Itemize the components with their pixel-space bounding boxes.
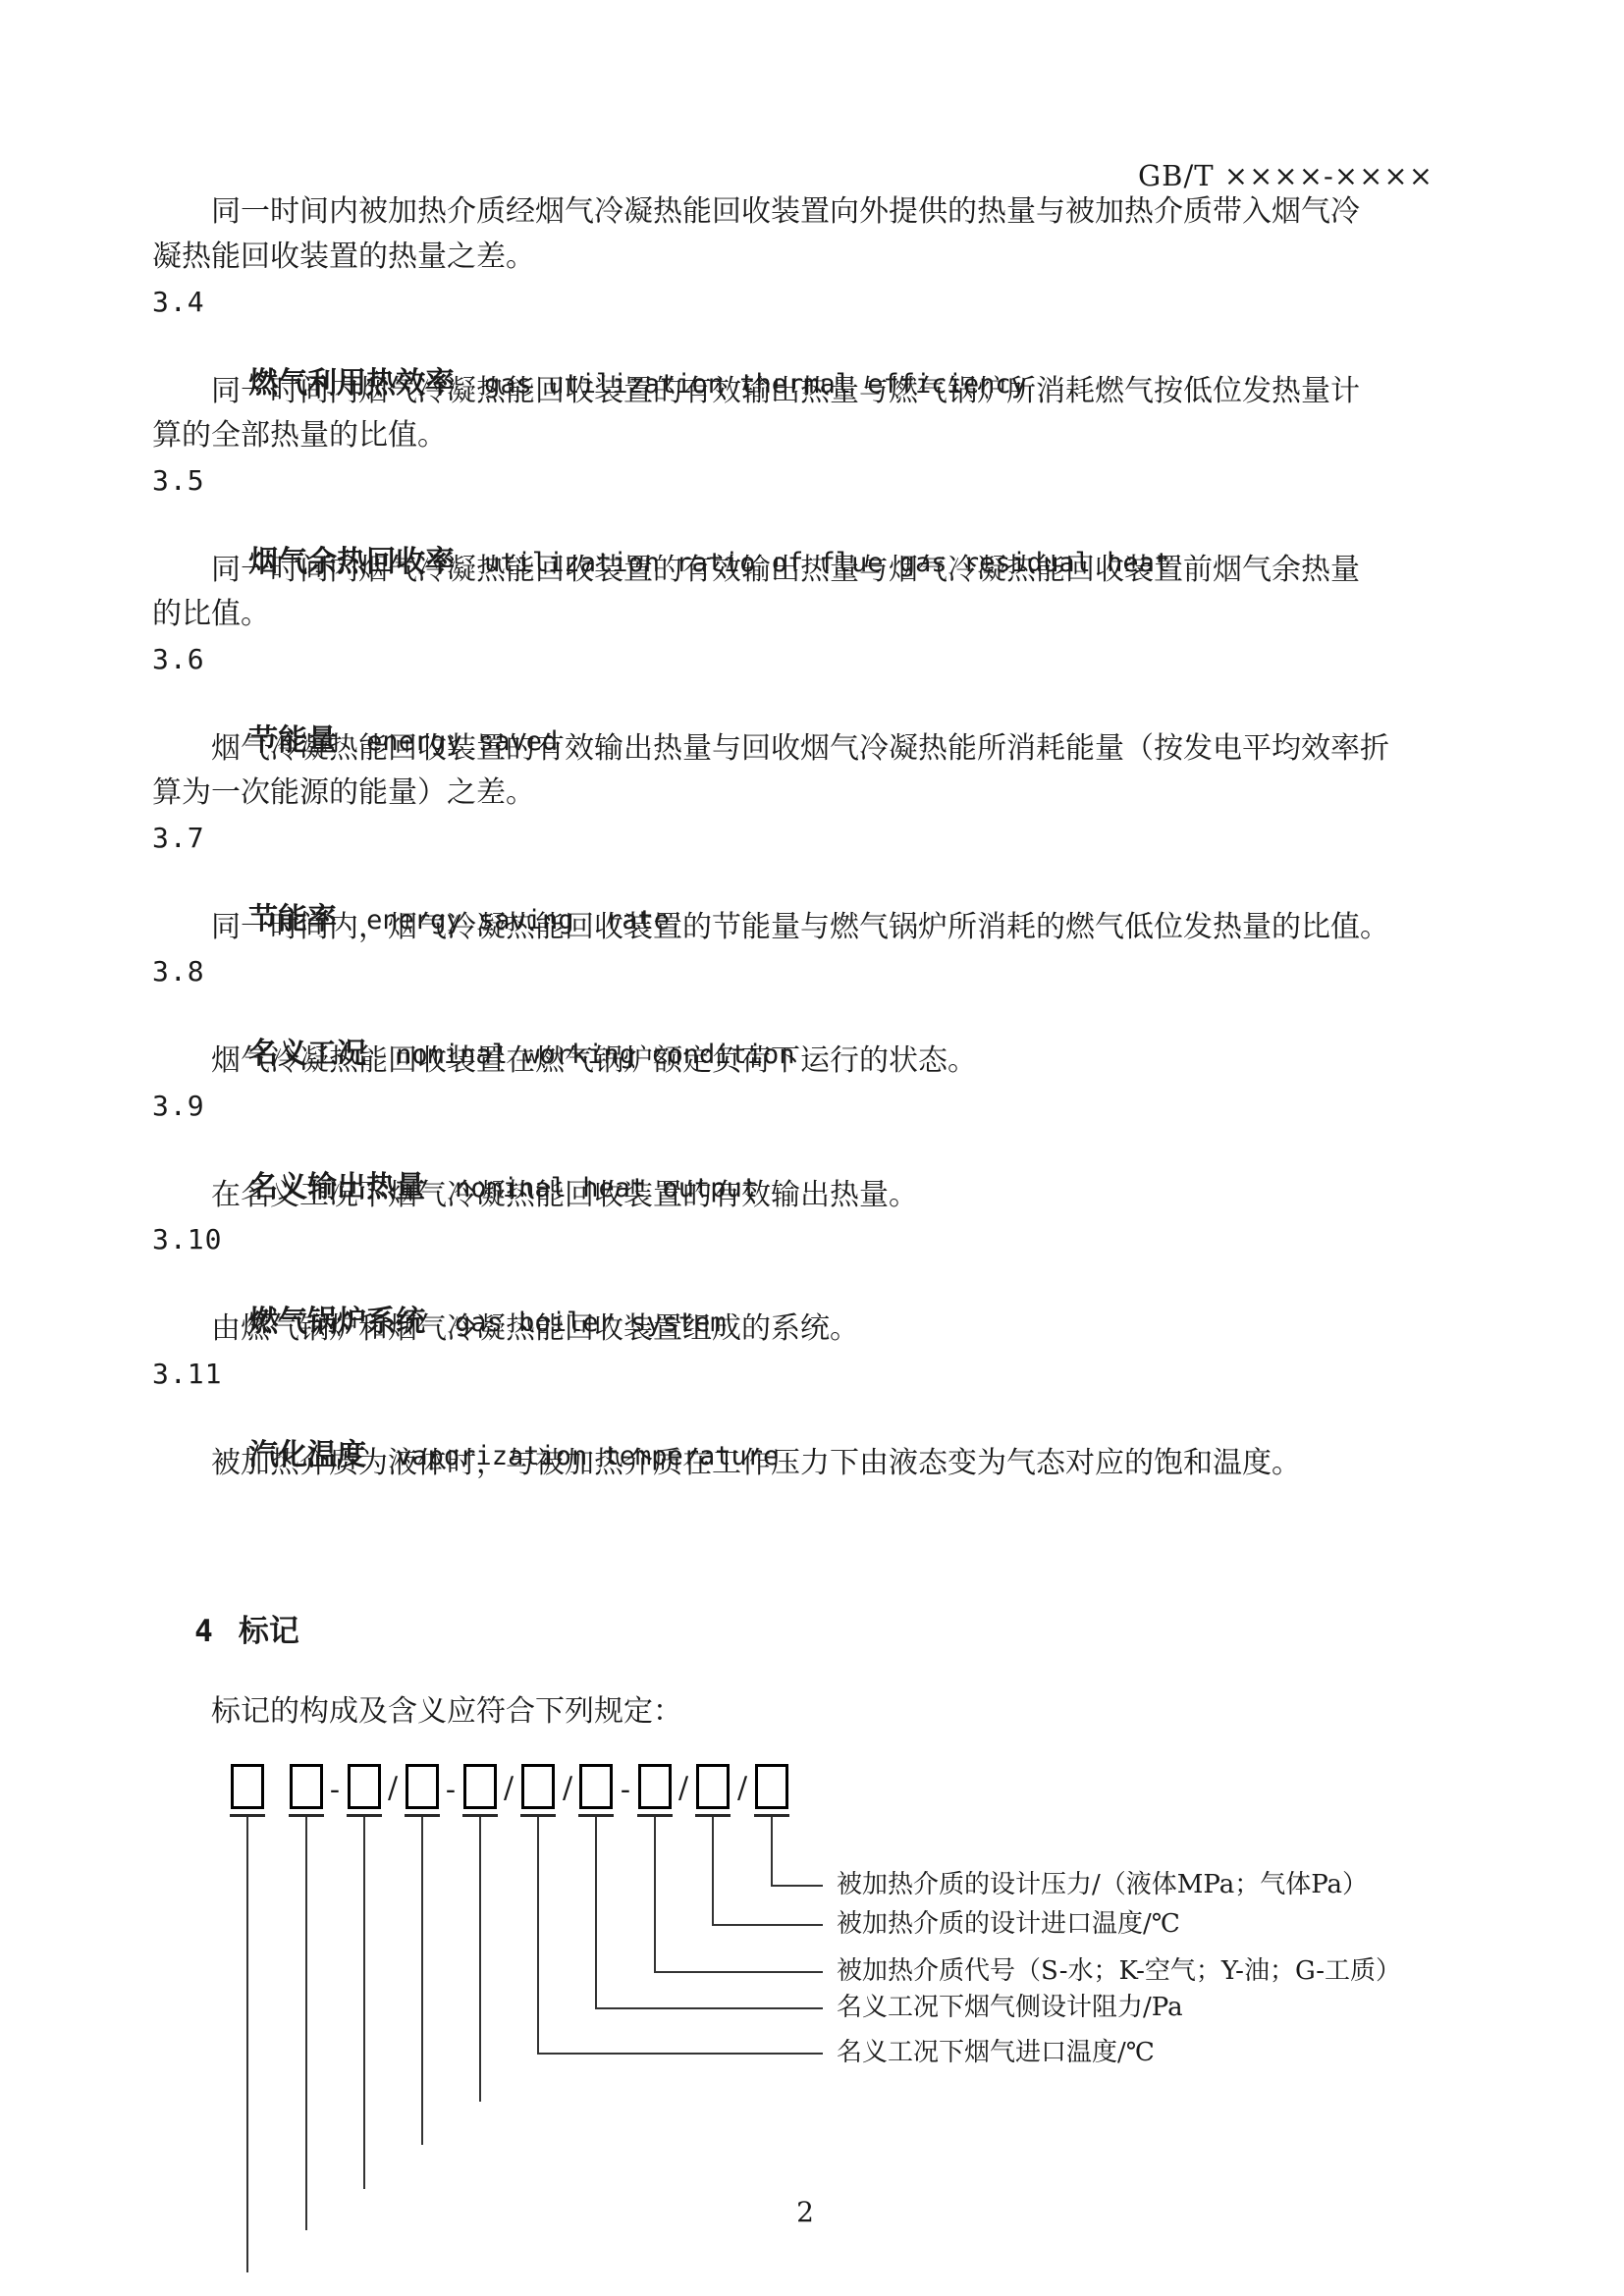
diagram-label-flue-inlet-temperature: 名义工况下烟气进口温度/℃ <box>837 2037 1155 2068</box>
separator: / <box>732 1771 752 1805</box>
section-4-heading: 4标记 <box>152 1575 299 1687</box>
paragraph-line: 同一时间内被加热介质经烟气冷凝热能回收装置向外提供的热量与被加热介质带入烟气冷 <box>211 193 1360 231</box>
leader-line-9 <box>712 1817 714 1926</box>
page-header: GB/T ××××-×××× <box>0 157 1434 194</box>
page-number: 2 <box>0 2196 1610 2228</box>
separator: - <box>441 1773 460 1807</box>
designation-box-2 <box>290 1764 323 1809</box>
definition-line: 的比值。 <box>152 596 270 633</box>
document-page: GB/T ××××-×××× 同一时间内被加热介质经烟气冷凝热能回收装置向外提供… <box>0 0 1624 2296</box>
separator: / <box>499 1771 518 1805</box>
section-4-title: 标记 <box>239 1614 299 1649</box>
section-number: 3.9 <box>152 1088 205 1125</box>
definition-line: 在名义工况下烟气冷凝热能回收装置的有效输出热量。 <box>211 1177 918 1214</box>
leader-line-2 <box>305 1817 307 2230</box>
diagram-label-design-pressure: 被加热介质的设计压力/（液体MPa；气体Pa） <box>837 1869 1368 1900</box>
section-number: 3.5 <box>152 462 205 500</box>
definition-line: 算为一次能源的能量）之差。 <box>152 774 535 812</box>
separator: / <box>674 1771 693 1805</box>
section-number: 3.10 <box>152 1221 222 1258</box>
definition-line: 烟气冷凝热能回收装置的有效输出热量与回收烟气冷凝热能所消耗能量（按发电平均效率折 <box>211 730 1389 768</box>
section-number: 3.8 <box>152 953 205 990</box>
leader-line-10 <box>771 1817 773 1887</box>
leader-elbow-6 <box>537 2053 823 2055</box>
separator: - <box>325 1773 345 1807</box>
designation-box-9 <box>696 1764 730 1809</box>
paragraph-line: 凝热能回收装置的热量之差。 <box>152 239 535 276</box>
definition-line: 同一时间内烟气冷凝热能回收装置的有效输出热量与烟气冷凝热能回收装置前烟气余热量 <box>211 552 1360 589</box>
leader-line-3 <box>363 1817 365 2189</box>
separator: - <box>616 1773 635 1807</box>
designation-box-1 <box>231 1764 264 1809</box>
leader-line-4 <box>421 1817 423 2145</box>
designation-box-4 <box>406 1764 439 1809</box>
designation-box-6 <box>521 1764 555 1809</box>
section-4-number: 4 <box>194 1614 213 1649</box>
leader-elbow-9 <box>712 1924 823 1926</box>
leader-elbow-7 <box>595 2007 823 2009</box>
definition-line: 被加热介质为液体时，与被加热介质在工作压力下由液态变为气态对应的饱和温度。 <box>211 1445 1301 1482</box>
leader-line-8 <box>654 1817 656 1973</box>
section-number: 3.7 <box>152 820 205 857</box>
section-number: 3.4 <box>152 284 205 321</box>
leader-elbow-10 <box>771 1885 823 1887</box>
leader-elbow-8 <box>654 1971 823 1973</box>
designation-box-10 <box>755 1764 788 1809</box>
definition-line: 算的全部热量的比值。 <box>152 417 447 454</box>
section-number: 3.11 <box>152 1356 222 1393</box>
leader-line-7 <box>595 1817 597 2009</box>
separator: / <box>383 1771 403 1805</box>
separator: / <box>558 1771 577 1805</box>
designation-box-5 <box>463 1764 497 1809</box>
definition-line: 同一时间内烟气冷凝热能回收装置的有效输出热量与燃气锅炉所消耗燃气按低位发热量计 <box>211 373 1360 410</box>
diagram-label-inlet-temperature: 被加热介质的设计进口温度/℃ <box>837 1908 1180 1940</box>
leader-line-5 <box>479 1817 481 2102</box>
designation-box-8 <box>638 1764 672 1809</box>
designation-box-7 <box>579 1764 613 1809</box>
diagram-label-medium-code: 被加热介质代号（S-水；K-空气；Y-油；G-工质） <box>837 1955 1401 1987</box>
section-number: 3.6 <box>152 641 205 678</box>
leader-line-6 <box>537 1817 539 2055</box>
diagram-label-flue-resistance: 名义工况下烟气侧设计阻力/Pa <box>837 1992 1183 2023</box>
definition-line: 由燃气锅炉和烟气冷凝热能回收装置组成的系统。 <box>211 1310 859 1348</box>
definition-line: 烟气冷凝热能回收装置在燃气锅炉额定负荷下运行的状态。 <box>211 1042 977 1080</box>
definition-line: 同一时间内，烟气冷凝热能回收装置的节能量与燃气锅炉所消耗的燃气低位发热量的比值。 <box>211 909 1389 946</box>
designation-box-3 <box>348 1764 381 1809</box>
marking-intro: 标记的构成及含义应符合下列规定： <box>211 1693 682 1731</box>
